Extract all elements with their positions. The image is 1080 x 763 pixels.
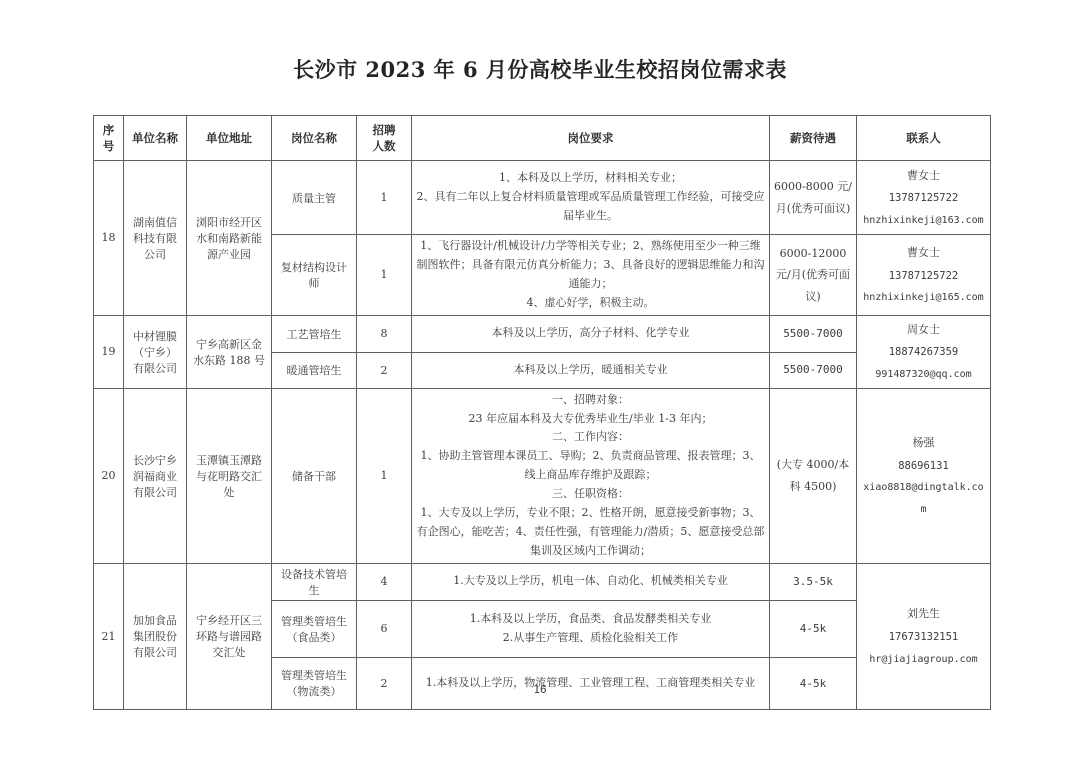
cell-requirements: 1、飞行器设计/机械设计/力学等相关专业；2、熟练使用至少一种三维制图软件；具备… [412, 235, 770, 316]
contact-phone: 13787125722 [861, 265, 986, 288]
cell-requirements: 1.本科及以上学历，食品类、食品发酵类相关专业 2.从事生产管理、质检化验相关工… [412, 600, 770, 657]
contact-email: xiao8818@dingtalk.com [861, 477, 986, 520]
contact-email: hr@jiajiagroup.com [861, 649, 986, 671]
cell-requirements: 本科及以上学历，高分子材料、化学专业 [412, 315, 770, 352]
cell-salary: 3.5-5k [770, 563, 857, 600]
contact-name: 周女士 [861, 318, 986, 342]
cell-headcount: 6 [357, 600, 412, 657]
cell-salary: (大专 4000/本科 4500) [770, 388, 857, 563]
cell-contact: 曹女士 13787125722 hnzhixinkeji@163.com [857, 161, 991, 235]
cell-position: 质量主管 [272, 161, 357, 235]
cell-contact: 周女士 18874267359 991487320@qq.com [857, 315, 991, 388]
contact-name: 杨强 [861, 431, 986, 455]
cell-salary: 6000-12000 元/月(优秀可面议) [770, 235, 857, 316]
contact-phone: 17673132151 [861, 626, 986, 649]
header-contact: 联系人 [857, 116, 991, 161]
cell-requirements: 本科及以上学历，暖通相关专业 [412, 352, 770, 388]
table-row: 20 长沙宁乡润福商业有限公司 玉潭镇玉潭路与花明路交汇处 储备干部 1 一、招… [94, 388, 991, 563]
header-position: 岗位名称 [272, 116, 357, 161]
cell-headcount: 8 [357, 315, 412, 352]
contact-email: hnzhixinkeji@165.com [861, 287, 986, 309]
document-page: 长沙市 2023 年 6 月份高校毕业生校招岗位需求表 序号 单位名称 单位地址… [0, 0, 1080, 763]
cell-position: 复材结构设计师 [272, 235, 357, 316]
header-requirements: 岗位要求 [412, 116, 770, 161]
page-number: 16 [0, 683, 1080, 696]
cell-salary: 6000-8000 元/月(优秀可面议) [770, 161, 857, 235]
cell-contact: 杨强 88696131 xiao8818@dingtalk.com [857, 388, 991, 563]
cell-requirements: 1、本科及以上学历，材料相关专业； 2、具有二年以上复合材料质量管理或军品质量管… [412, 161, 770, 235]
cell-headcount: 1 [357, 388, 412, 563]
header-headcount: 招聘 人数 [357, 116, 412, 161]
cell-position: 管理类管培生（食品类） [272, 600, 357, 657]
cell-company: 湖南值信科技有限公司 [124, 161, 187, 316]
cell-salary: 5500-7000 [770, 352, 857, 388]
table-header-row: 序号 单位名称 单位地址 岗位名称 招聘 人数 岗位要求 薪资待遇 联系人 [94, 116, 991, 161]
cell-position: 暖通管培生 [272, 352, 357, 388]
cell-headcount: 1 [357, 235, 412, 316]
cell-address: 浏阳市经开区水和南路新能源产业园 [187, 161, 272, 316]
header-no: 序号 [94, 116, 124, 161]
cell-company: 长沙宁乡润福商业有限公司 [124, 388, 187, 563]
cell-no: 20 [94, 388, 124, 563]
cell-no: 18 [94, 161, 124, 316]
cell-company: 中材锂膜（宁乡）有限公司 [124, 315, 187, 388]
cell-address: 玉潭镇玉潭路与花明路交汇处 [187, 388, 272, 563]
header-company: 单位名称 [124, 116, 187, 161]
cell-requirements: 一、招聘对象： 23 年应届本科及大专优秀毕业生/毕业 1-3 年内； 二、工作… [412, 388, 770, 563]
cell-headcount: 1 [357, 161, 412, 235]
contact-email: 991487320@qq.com [861, 364, 986, 386]
table-row: 21 加加食品集团股份有限公司 宁乡经开区三环路与谱园路交汇处 设备技术管培生 … [94, 563, 991, 600]
jobs-table: 序号 单位名称 单位地址 岗位名称 招聘 人数 岗位要求 薪资待遇 联系人 18… [93, 115, 991, 710]
contact-name: 曹女士 [861, 164, 986, 188]
header-salary: 薪资待遇 [770, 116, 857, 161]
contact-name: 曹女士 [861, 241, 986, 265]
contact-phone: 88696131 [861, 455, 986, 478]
contact-email: hnzhixinkeji@163.com [861, 210, 986, 232]
contact-phone: 13787125722 [861, 187, 986, 210]
table-row: 19 中材锂膜（宁乡）有限公司 宁乡高新区金水东路 188 号 工艺管培生 8 … [94, 315, 991, 352]
cell-headcount: 2 [357, 352, 412, 388]
table-row: 18 湖南值信科技有限公司 浏阳市经开区水和南路新能源产业园 质量主管 1 1、… [94, 161, 991, 235]
cell-salary: 5500-7000 [770, 315, 857, 352]
cell-position: 储备干部 [272, 388, 357, 563]
cell-position: 设备技术管培生 [272, 563, 357, 600]
cell-requirements: 1.大专及以上学历，机电一体、自动化、机械类相关专业 [412, 563, 770, 600]
cell-headcount: 4 [357, 563, 412, 600]
cell-position: 工艺管培生 [272, 315, 357, 352]
contact-name: 刘先生 [861, 602, 986, 626]
page-title: 长沙市 2023 年 6 月份高校毕业生校招岗位需求表 [0, 54, 1080, 84]
cell-contact: 曹女士 13787125722 hnzhixinkeji@165.com [857, 235, 991, 316]
contact-phone: 18874267359 [861, 341, 986, 364]
cell-address: 宁乡高新区金水东路 188 号 [187, 315, 272, 388]
header-address: 单位地址 [187, 116, 272, 161]
cell-no: 19 [94, 315, 124, 388]
cell-salary: 4-5k [770, 600, 857, 657]
